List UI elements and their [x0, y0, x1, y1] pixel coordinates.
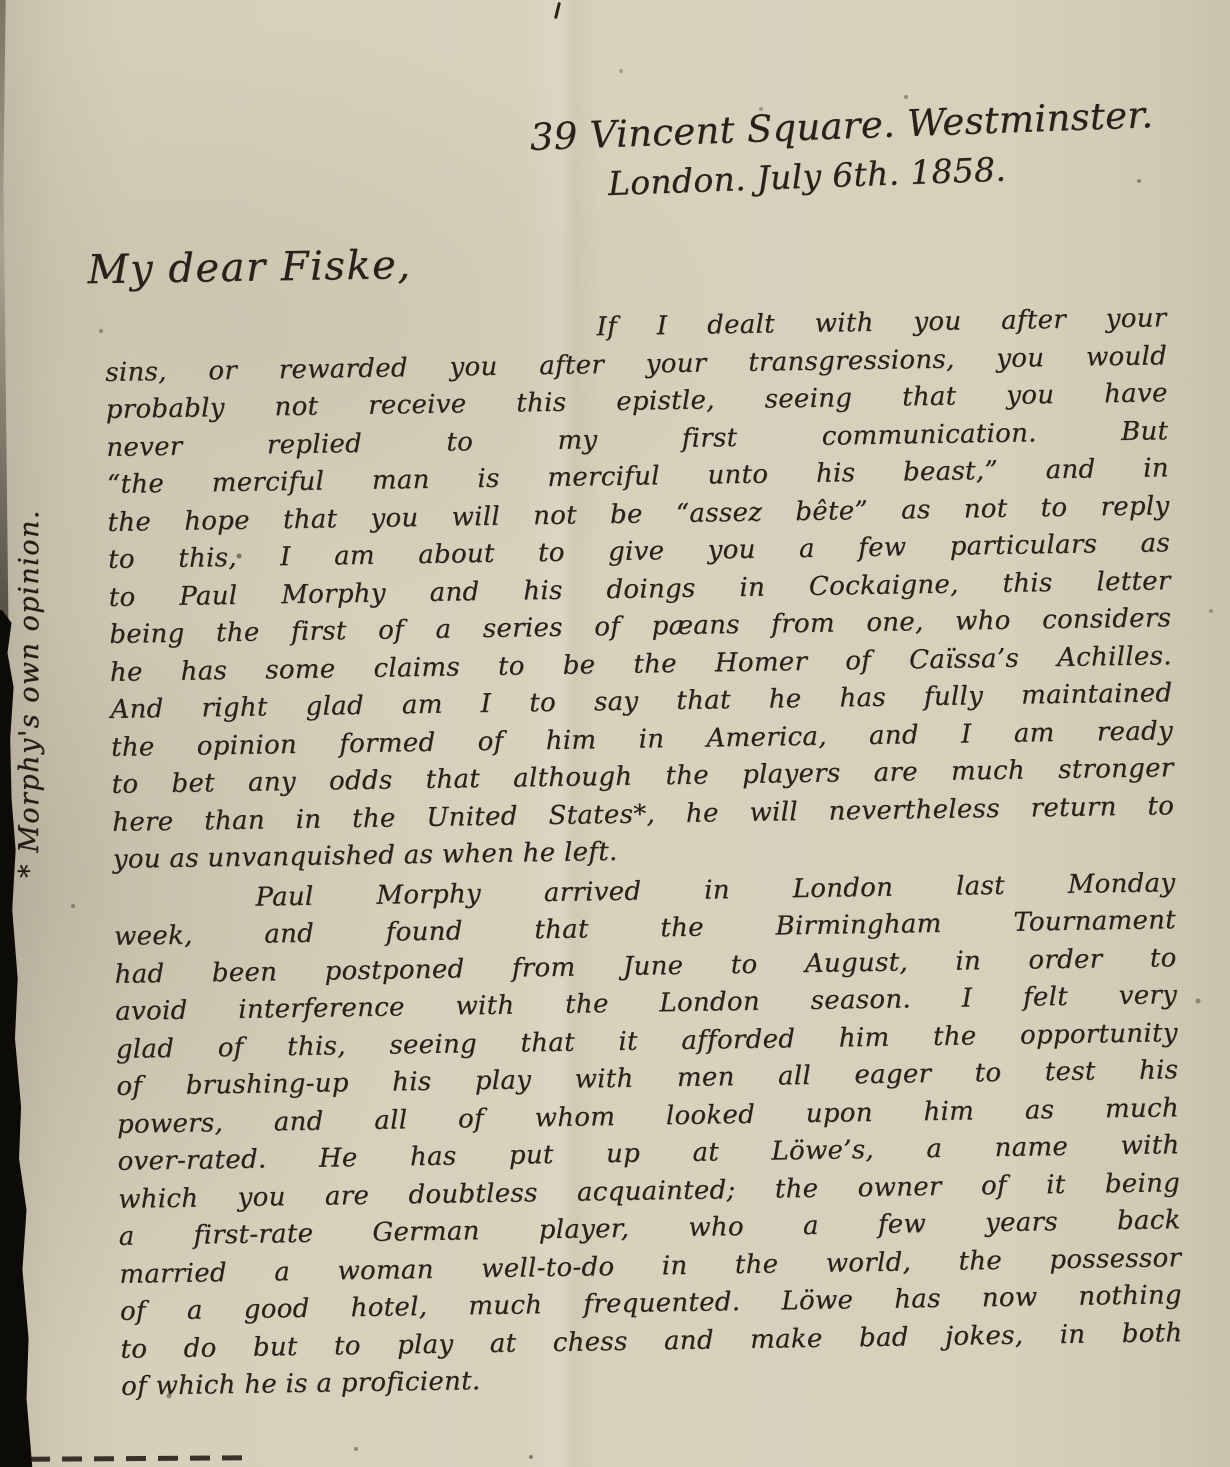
margin-note: * Morphy's own opinion.	[14, 438, 45, 878]
letter-page: 39 Vincent Square. Westminster. London. …	[0, 0, 1230, 1467]
edge-mark	[30, 1455, 250, 1462]
paragraph-1: If I dealt with you after yoursins, or r…	[104, 300, 1175, 879]
letter-content: 39 Vincent Square. Westminster. London. …	[0, 0, 1230, 1408]
paper-specks	[0, 0, 2, 2]
scanned-letter-screenshot: { "page": { "kind": "handwritten letter …	[0, 0, 1230, 1467]
paragraph-2: Paul Morphy arrived in London last Monda…	[113, 865, 1183, 1407]
salutation: My dear Fiske,	[87, 229, 1228, 293]
